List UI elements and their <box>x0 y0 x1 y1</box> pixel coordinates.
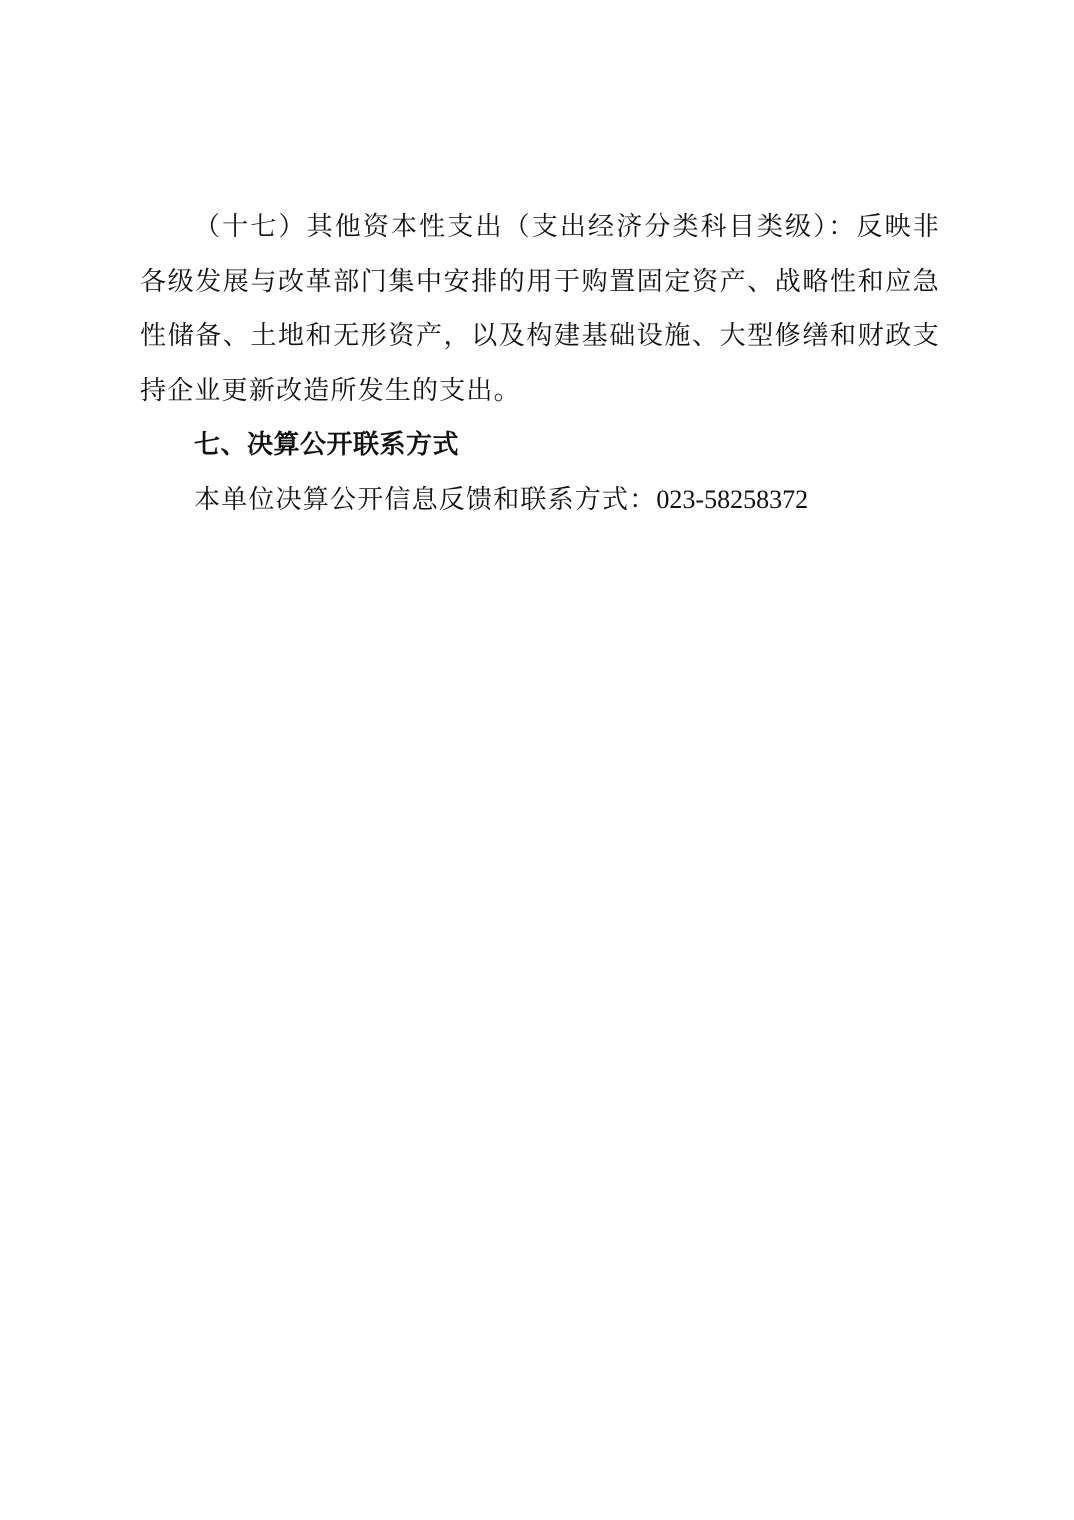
item-17-other-capital-expenditure: （十七）其他资本性支出（支出经济分类科目类级）：反映非各级发展与改革部门集中安排… <box>140 200 940 418</box>
document-page: （十七）其他资本性支出（支出经济分类科目类级）：反映非各级发展与改革部门集中安排… <box>140 200 940 527</box>
contact-phone: 023-58258372 <box>656 485 808 514</box>
section-7-heading: 七、决算公开联系方式 <box>140 418 940 473</box>
contact-line: 本单位决算公开信息反馈和联系方式：023-58258372 <box>140 473 940 528</box>
contact-label: 本单位决算公开信息反馈和联系方式： <box>194 485 656 515</box>
